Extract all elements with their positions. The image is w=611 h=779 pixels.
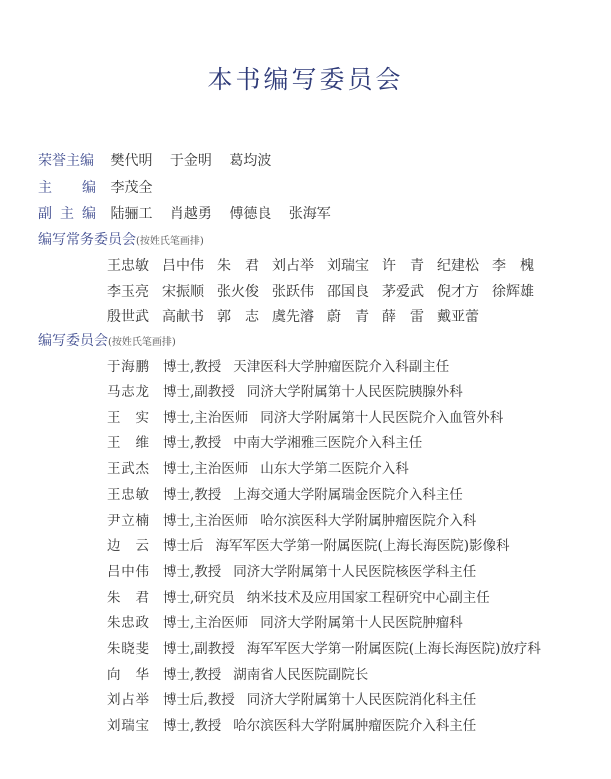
member-affiliation: 海军军医大学第一附属医院(上海长海医院)放疗科 xyxy=(247,641,541,657)
committee-member: 朱晓斐博士,副教授海军军医大学第一附属医院(上海长海医院)放疗科 xyxy=(107,641,541,657)
role-label: 主编 xyxy=(38,180,96,196)
member-title: 博士,教授 xyxy=(163,667,221,683)
member-affiliation: 山东大学第二医院介入科 xyxy=(260,461,409,477)
person-name: 李槐 xyxy=(492,258,534,274)
person-name: 李茂全 xyxy=(110,180,152,196)
role-label: 荣誉主编 xyxy=(38,153,106,169)
person-name: 樊代明 xyxy=(110,153,152,169)
committee-member: 王武杰博士,主治医师山东大学第二医院介入科 xyxy=(107,461,409,477)
committee-member: 王忠敏博士,教授上海交通大学附属瑞金医院介入科主任 xyxy=(107,487,463,503)
member-affiliation: 上海交通大学附属瑞金医院介入科主任 xyxy=(233,487,463,503)
person-name: 邵国良 xyxy=(327,284,369,300)
member-affiliation: 同济大学附属第十人民医院肿瘤科 xyxy=(260,615,463,631)
committee-member: 朱忠政博士,主治医师同济大学附属第十人民医院肿瘤科 xyxy=(107,615,463,631)
person-name: 张火俊 xyxy=(217,284,259,300)
committee-member: 吕中伟博士,教授同济大学附属第十人民医院核医学科主任 xyxy=(107,564,476,580)
person-name: 许青 xyxy=(382,258,424,274)
member-affiliation: 同济大学附属第十人民医院胰腺外科 xyxy=(247,384,463,400)
member-name: 朱忠政 xyxy=(107,615,149,631)
committee-member: 马志龙博士,副教授同济大学附属第十人民医院胰腺外科 xyxy=(107,384,463,400)
role-label: 副主编 xyxy=(38,206,96,222)
role-deputy-editors: 副主编 陆骊工 肖越勇 傅德良 张海军 xyxy=(38,206,344,222)
section-label: 编写常务委员会 xyxy=(38,232,136,248)
member-affiliation: 湖南省人民医院副院长 xyxy=(233,667,368,683)
member-title: 博士,教授 xyxy=(163,487,221,503)
person-name: 郭志 xyxy=(217,309,259,325)
committee-member: 王实博士,主治医师同济大学附属第十人民医院介入血管外科 xyxy=(107,410,503,426)
person-name: 茅爱武 xyxy=(382,284,424,300)
person-name: 高献书 xyxy=(162,309,204,325)
standing-committee-heading: 编写常务委员会(按姓氏笔画排) xyxy=(38,232,204,250)
committee-heading: 编写委员会(按姓氏笔画排) xyxy=(38,333,176,351)
person-name: 吕中伟 xyxy=(162,258,204,274)
member-affiliation: 海军军医大学第一附属医院(上海长海医院)影像科 xyxy=(216,538,510,554)
section-note: (按姓氏笔画排) xyxy=(108,337,176,348)
committee-member: 刘瑞宝博士,教授哈尔滨医科大学附属肿瘤医院介入科主任 xyxy=(107,718,476,734)
member-title: 博士,主治医师 xyxy=(163,513,248,529)
member-affiliation: 纳米技术及应用国家工程研究中心副主任 xyxy=(247,590,490,606)
member-title: 博士,研究员 xyxy=(163,590,235,606)
person-name: 于金明 xyxy=(170,153,212,169)
person-name: 虞先濬 xyxy=(272,309,314,325)
member-name: 边云 xyxy=(107,538,149,554)
member-affiliation: 同济大学附属第十人民医院消化科主任 xyxy=(247,692,477,708)
member-title: 博士,教授 xyxy=(163,435,221,451)
person-name: 薛雷 xyxy=(382,309,424,325)
member-title: 博士,副教授 xyxy=(163,641,235,657)
committee-member: 尹立楠博士,主治医师哈尔滨医科大学附属肿瘤医院介入科 xyxy=(107,513,476,529)
person-name: 傅德良 xyxy=(229,206,271,222)
standing-committee-row: 李玉亮宋振顺张火俊张跃伟邵国良茅爱武倪才方徐辉雄 xyxy=(107,284,547,300)
member-name: 朱晓斐 xyxy=(107,641,149,657)
role-chief-editor: 主编 李茂全 xyxy=(38,180,165,196)
person-name: 李玉亮 xyxy=(107,284,149,300)
person-name: 纪建松 xyxy=(437,258,479,274)
section-note: (按姓氏笔画排) xyxy=(136,236,204,247)
member-title: 博士,教授 xyxy=(163,564,221,580)
committee-member: 朱君博士,研究员纳米技术及应用国家工程研究中心副主任 xyxy=(107,590,490,606)
member-title: 博士,主治医师 xyxy=(163,461,248,477)
person-name: 蔚青 xyxy=(327,309,369,325)
member-title: 博士,主治医师 xyxy=(163,615,248,631)
standing-committee-row: 王忠敏吕中伟朱君刘占举刘瑞宝许青纪建松李槐 xyxy=(107,258,547,274)
person-name: 殷世武 xyxy=(107,309,149,325)
member-name: 王武杰 xyxy=(107,461,149,477)
person-name: 刘瑞宝 xyxy=(327,258,369,274)
member-title: 博士,副教授 xyxy=(163,384,235,400)
person-name: 宋振顺 xyxy=(162,284,204,300)
section-label: 编写委员会 xyxy=(38,333,108,349)
committee-member: 于海鹏博士,教授天津医科大学肿瘤医院介入科副主任 xyxy=(107,359,449,375)
person-name: 倪才方 xyxy=(437,284,479,300)
person-name: 肖越勇 xyxy=(170,206,212,222)
member-name: 马志龙 xyxy=(107,384,149,400)
person-name: 张跃伟 xyxy=(272,284,314,300)
member-name: 王忠敏 xyxy=(107,487,149,503)
person-name: 陆骊工 xyxy=(110,206,152,222)
committee-member: 刘占举博士后,教授同济大学附属第十人民医院消化科主任 xyxy=(107,692,476,708)
member-title: 博士后 xyxy=(163,538,204,554)
person-name: 王忠敏 xyxy=(107,258,149,274)
committee-member: 王维博士,教授中南大学湘雅三医院介入科主任 xyxy=(107,435,422,451)
member-name: 尹立楠 xyxy=(107,513,149,529)
member-title: 博士,教授 xyxy=(163,359,221,375)
person-name: 葛均波 xyxy=(229,153,271,169)
member-affiliation: 天津医科大学肿瘤医院介入科副主任 xyxy=(233,359,449,375)
member-name: 向华 xyxy=(107,667,149,683)
role-honorary-editors: 荣誉主编 樊代明 于金明 葛均波 xyxy=(38,153,284,169)
member-name: 王维 xyxy=(107,435,149,451)
member-affiliation: 中南大学湘雅三医院介入科主任 xyxy=(233,435,422,451)
member-title: 博士后,教授 xyxy=(163,692,235,708)
member-name: 吕中伟 xyxy=(107,564,149,580)
person-name: 朱君 xyxy=(217,258,259,274)
member-name: 王实 xyxy=(107,410,149,426)
member-name: 于海鹏 xyxy=(107,359,149,375)
member-name: 刘占举 xyxy=(107,692,149,708)
member-title: 博士,教授 xyxy=(163,718,221,734)
standing-committee-row: 殷世武高献书郭志虞先濬蔚青薛雷戴亚蕾 xyxy=(107,309,492,325)
person-name: 戴亚蕾 xyxy=(437,309,479,325)
committee-member: 向华博士,教授湖南省人民医院副院长 xyxy=(107,667,368,683)
member-affiliation: 同济大学附属第十人民医院核医学科主任 xyxy=(233,564,476,580)
member-name: 刘瑞宝 xyxy=(107,718,149,734)
committee-member: 边云博士后海军军医大学第一附属医院(上海长海医院)影像科 xyxy=(107,538,510,554)
person-name: 刘占举 xyxy=(272,258,314,274)
member-affiliation: 哈尔滨医科大学附属肿瘤医院介入科 xyxy=(260,513,476,529)
person-name: 徐辉雄 xyxy=(492,284,534,300)
page-title: 本书编写委员会 xyxy=(0,60,611,96)
member-affiliation: 哈尔滨医科大学附属肿瘤医院介入科主任 xyxy=(233,718,476,734)
member-title: 博士,主治医师 xyxy=(163,410,248,426)
member-affiliation: 同济大学附属第十人民医院介入血管外科 xyxy=(260,410,503,426)
person-name: 张海军 xyxy=(289,206,331,222)
member-name: 朱君 xyxy=(107,590,149,606)
